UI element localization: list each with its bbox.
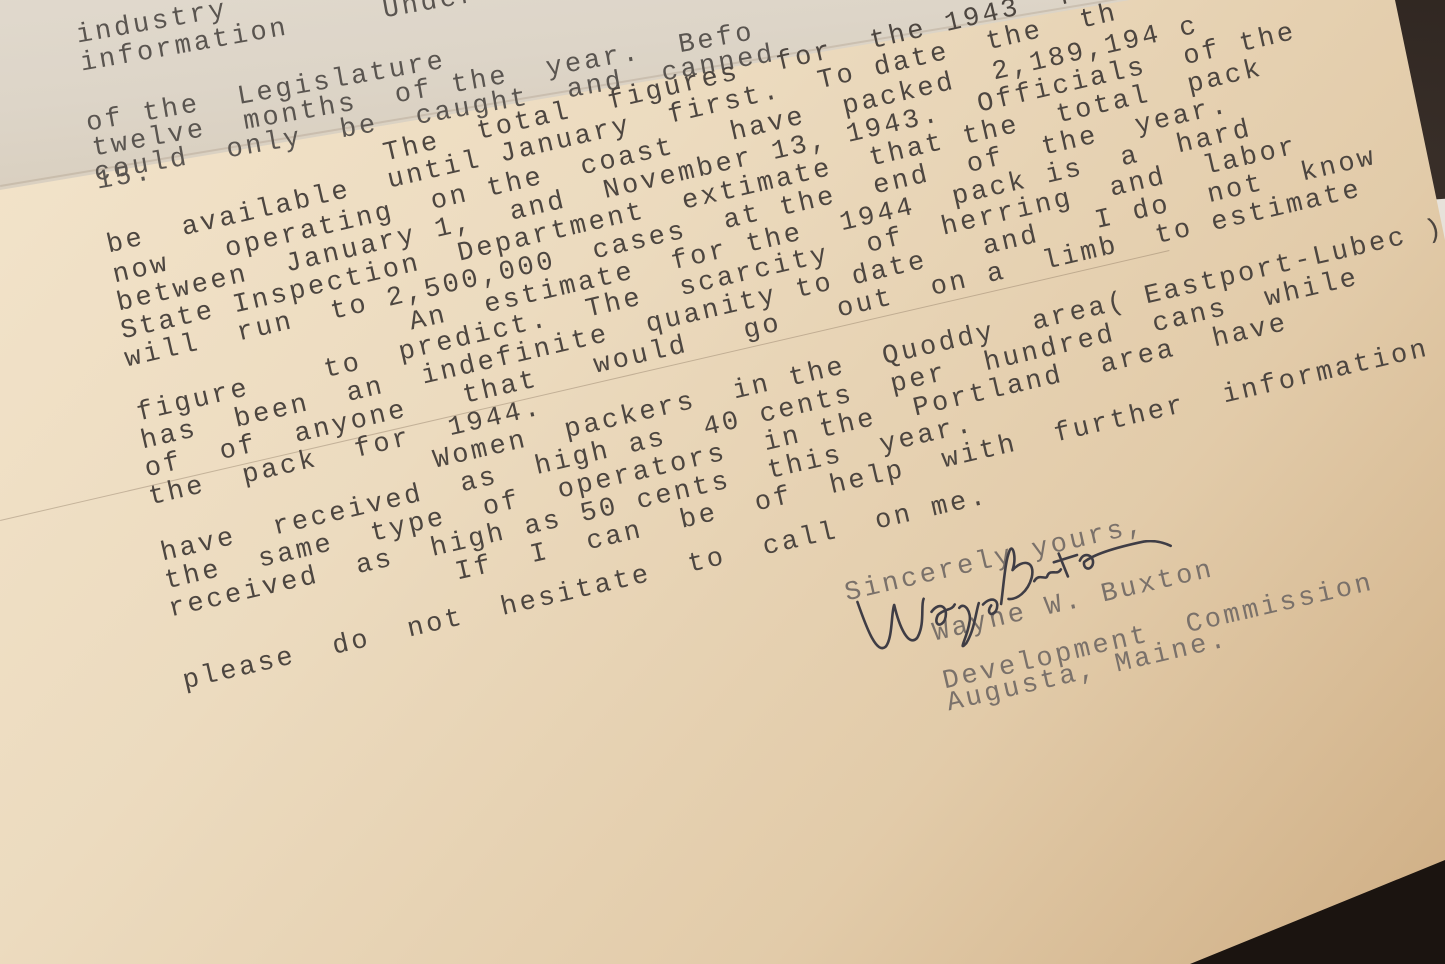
- handwritten-signature: [850, 540, 1180, 650]
